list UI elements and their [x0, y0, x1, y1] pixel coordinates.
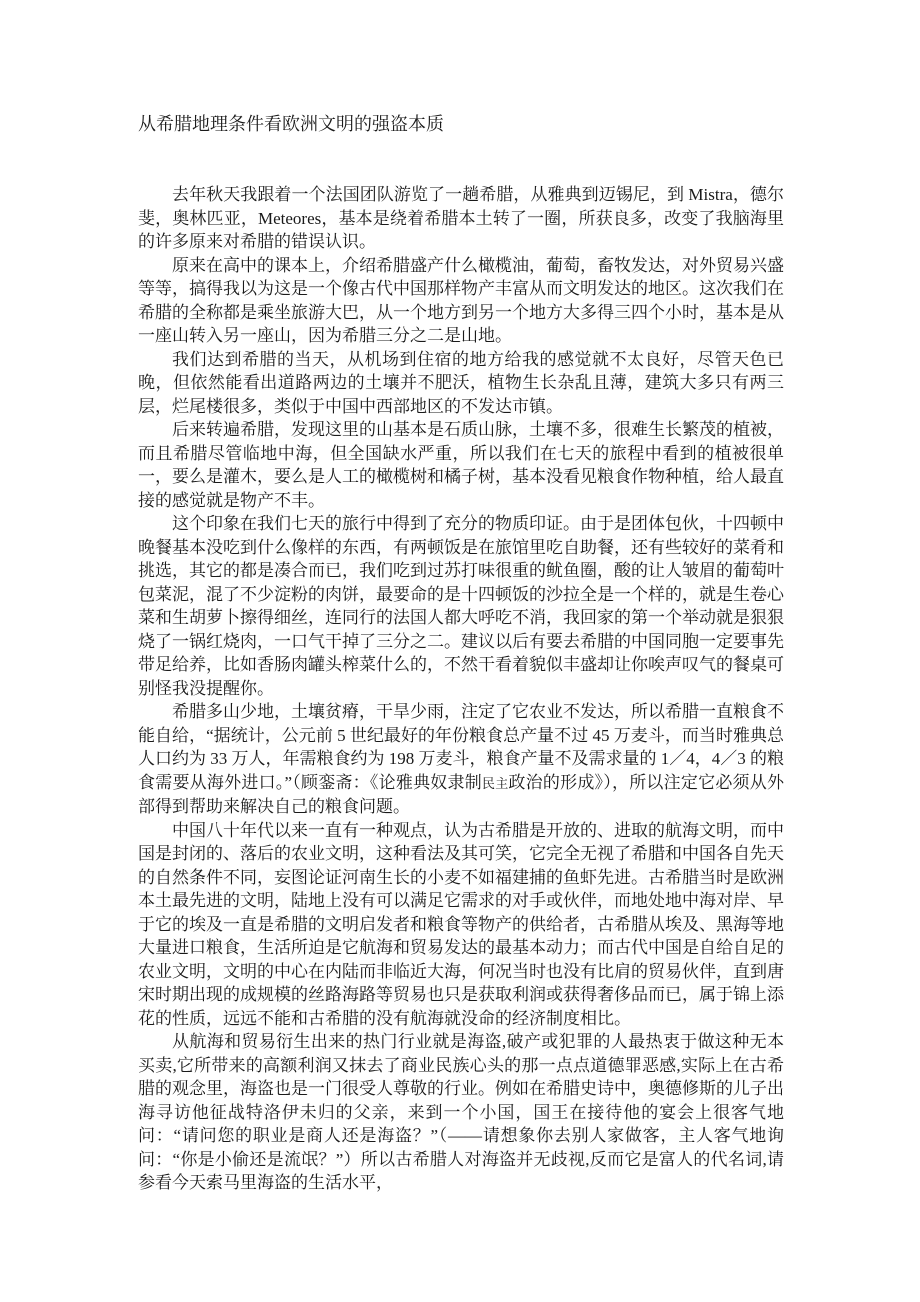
document-title: 从希腊地理条件看欧洲文明的强盗本质 — [138, 112, 784, 136]
document-page: 从希腊地理条件看欧洲文明的强盗本质 去年秋天我跟着一个法国团队游览了一趟希腊，从… — [0, 0, 920, 1302]
paragraph-piracy: 从航海和贸易衍生出来的热门行业就是海盗,破产或犯罪的人最热衷于做这种无本买卖,它… — [138, 1030, 784, 1195]
paragraph-arrival-day: 我们达到希腊的当天，从机场到住宿的地方给我的感觉就不太良好，尽管天色已晚，但依然… — [138, 348, 784, 419]
paragraph-segment-small-font: 民主 — [482, 776, 508, 791]
paragraph-china-greece-comparison: 中国八十年代以来一直有一种观点，认为古希腊是开放的、进取的航海文明，而中国是封闭… — [138, 819, 784, 1031]
paragraph-food-experience: 这个印象在我们七天的旅行中得到了充分的物质印证。由于是团体包伙，十四顿中晚餐基本… — [138, 512, 784, 700]
paragraph-grain-statistics: 希腊多山少地，土壤贫瘠，干旱少雨，注定了它农业不发达，所以希腊一直粮食不能自给，… — [138, 700, 784, 819]
paragraph-trip-intro: 去年秋天我跟着一个法国团队游览了一趟希腊，从雅典到迈锡尼，到 Mistra，德尔… — [138, 183, 784, 254]
paragraph-textbook-impression: 原来在高中的课本上，介绍希腊盛产什么橄榄油，葡萄，畜牧发达，对外贸易兴盛等等，搞… — [138, 254, 784, 348]
document-content: 从希腊地理条件看欧洲文明的强盗本质 去年秋天我跟着一个法国团队游览了一趟希腊，从… — [138, 112, 784, 1195]
paragraph-terrain-vegetation: 后来转遍希腊，发现这里的山基本是石质山脉，土壤不多，很难生长繁茂的植被，而且希腊… — [138, 418, 784, 512]
